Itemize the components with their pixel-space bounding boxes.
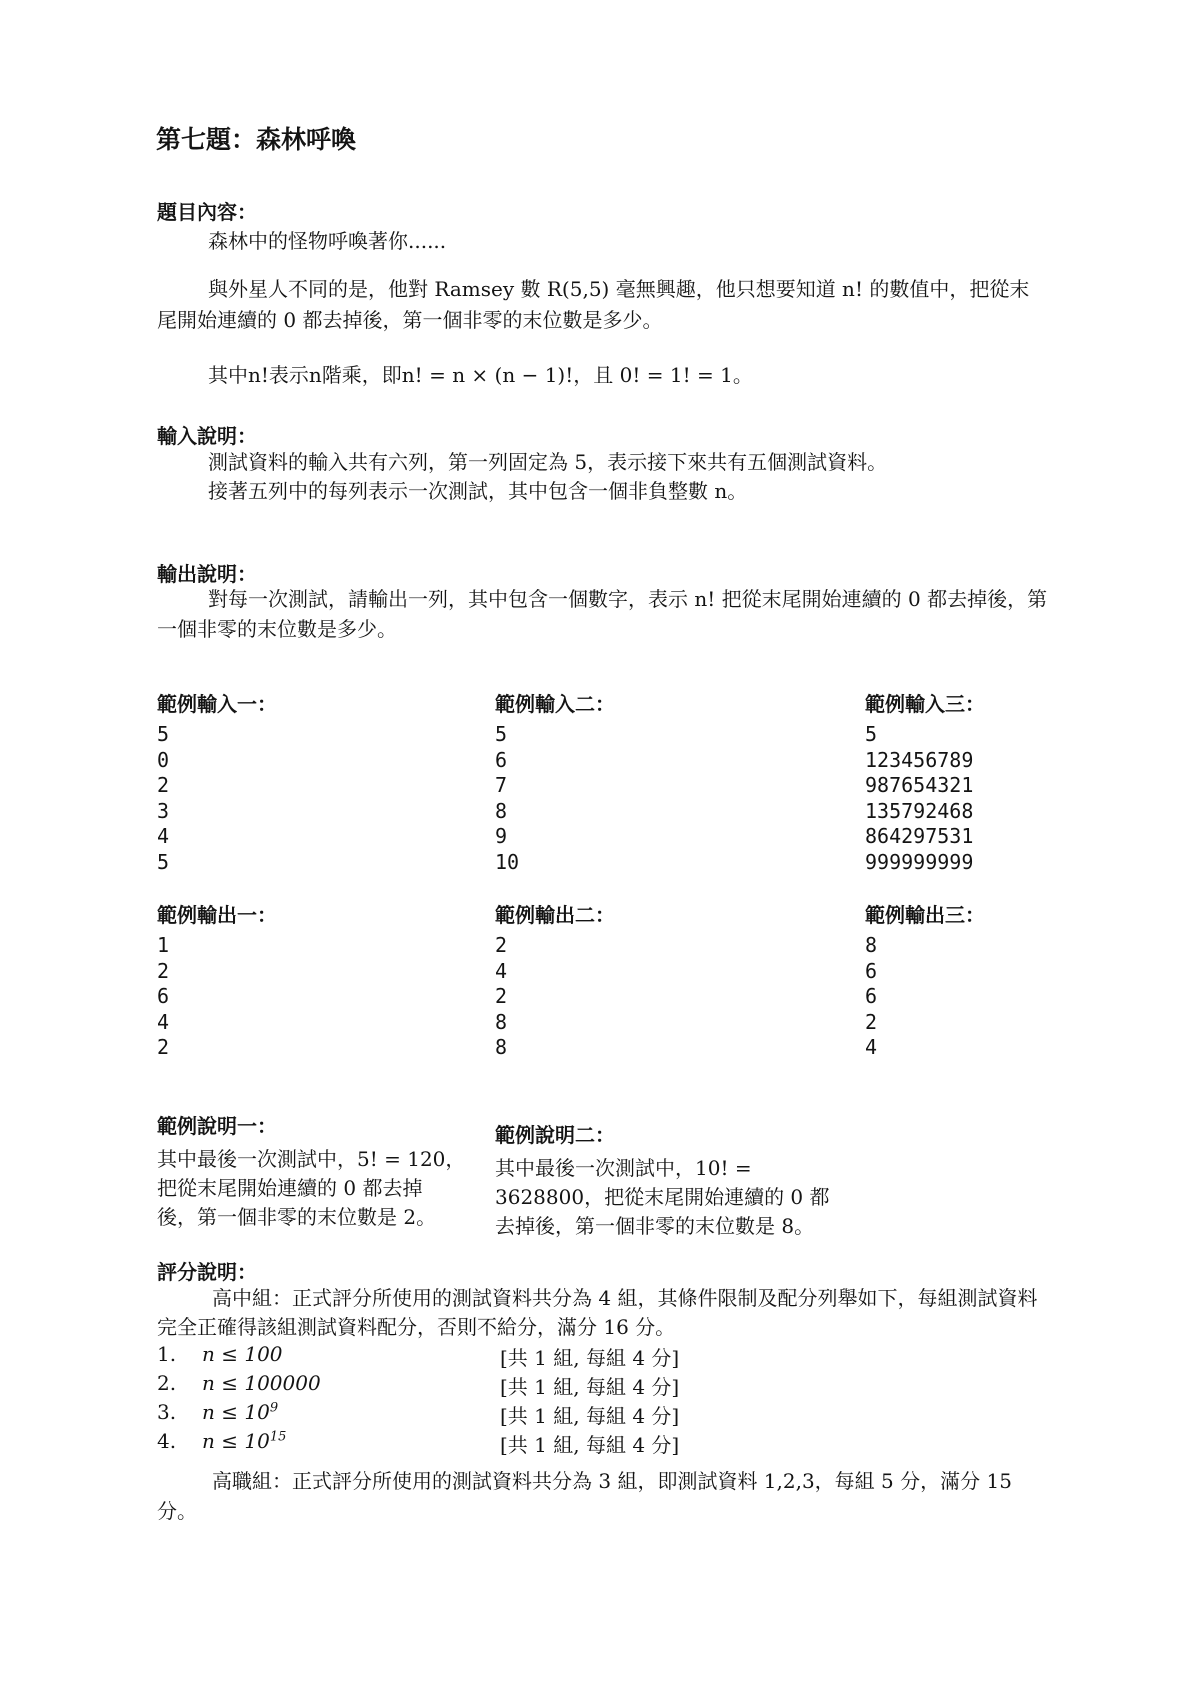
scoring-item-4-constraint: n ≤ 1015 [202, 1429, 286, 1453]
scoring-item-3: 3. n ≤ 109 [共 1 組, 每組 4 分] [157, 1400, 1057, 1429]
sample-explanation-2-text: 其中最後一次測試中，10! = 3628800，把從末尾開始連續的 0 都 去掉… [495, 1154, 940, 1241]
scoring-item-1-points: [共 1 組, 每組 4 分] [500, 1342, 679, 1371]
scoring-item-4: 4. n ≤ 1015 [共 1 組, 每組 4 分] [157, 1429, 1057, 1458]
sample-output-1-label: 範例輸出一： [157, 899, 277, 928]
sample-explanation-2: 範例說明二： 其中最後一次測試中，10! = 3628800，把從末尾開始連續的… [495, 1119, 940, 1241]
sample-explanation-2-label: 範例說明二： [495, 1119, 940, 1148]
sample-output-1: 範例輸出一： 1 2 6 4 2 [157, 899, 277, 1061]
problem-section-heading: 題目內容： [157, 196, 257, 225]
scoring-item-1: 1. n ≤ 100 [共 1 組, 每組 4 分] [157, 1342, 1057, 1371]
input-spec-heading: 輸入說明： [157, 420, 257, 449]
scoring-item-2: 2. n ≤ 100000 [共 1 組, 每組 4 分] [157, 1371, 1057, 1400]
sample-input-3-label: 範例輸入三： [865, 688, 985, 717]
scoring-outro-text: 高職組：正式評分所使用的測試資料共分為 3 組，即測試資料 1,2,3，每組 5… [157, 1466, 1057, 1526]
scoring-section-heading: 評分說明： [157, 1256, 257, 1285]
sample-input-3: 範例輸入三： 5 123456789 987654321 135792468 8… [865, 688, 985, 875]
sample-output-3: 範例輸出三： 8 6 6 2 4 [865, 899, 985, 1061]
sample-output-1-data: 1 2 6 4 2 [157, 933, 277, 1061]
scoring-item-1-constraint: n ≤ 100 [202, 1342, 283, 1366]
sample-input-1: 範例輸入一： 5 0 2 3 4 5 [157, 688, 277, 875]
sample-explanation-1: 範例說明一： 其中最後一次測試中，5! = 120， 把從末尾開始連續的 0 都… [157, 1110, 487, 1232]
scoring-item-2-constraint: n ≤ 100000 [202, 1371, 321, 1395]
sample-input-3-data: 5 123456789 987654321 135792468 86429753… [865, 722, 985, 875]
scoring-intro-text: 高中組：正式評分所使用的測試資料共分為 4 組，其條件限制及配分列舉如下，每組測… [157, 1284, 1057, 1342]
scoring-item-4-points: [共 1 組, 每組 4 分] [500, 1429, 679, 1458]
sample-output-2: 範例輸出二： 2 4 2 8 8 [495, 899, 615, 1061]
scoring-item-3-points: [共 1 組, 每組 4 分] [500, 1400, 679, 1429]
scoring-constraints-list: 1. n ≤ 100 [共 1 組, 每組 4 分] 2. n ≤ 100000… [157, 1342, 1057, 1458]
sample-input-1-label: 範例輸入一： [157, 688, 277, 717]
sample-explanation-1-label: 範例說明一： [157, 1110, 487, 1139]
scoring-item-2-number: 2. [157, 1371, 176, 1395]
sample-input-2-data: 5 6 7 8 9 10 [495, 722, 615, 875]
scoring-item-3-constraint: n ≤ 109 [202, 1400, 278, 1424]
problem-paragraph-main: 與外星人不同的是，他對 Ramsey 數 R(5,5) 毫無興趣，他只想要知道 … [157, 274, 1049, 336]
output-spec-heading: 輸出說明： [157, 558, 257, 587]
scoring-item-3-number: 3. [157, 1400, 176, 1424]
sample-output-2-data: 2 4 2 8 8 [495, 933, 615, 1061]
page-title: 第七題：森林呼喚 [156, 120, 356, 156]
sample-input-1-data: 5 0 2 3 4 5 [157, 722, 277, 875]
sample-input-2: 範例輸入二： 5 6 7 8 9 10 [495, 688, 615, 875]
input-spec-text: 測試資料的輸入共有六列，第一列固定為 5，表示接下來共有五個測試資料。 接著五列… [208, 448, 1058, 506]
sample-output-2-label: 範例輸出二： [495, 899, 615, 928]
sample-input-2-label: 範例輸入二： [495, 688, 615, 717]
sample-explanation-1-text: 其中最後一次測試中，5! = 120， 把從末尾開始連續的 0 都去掉 後，第一… [157, 1145, 487, 1232]
problem-paragraph-intro: 森林中的怪物呼喚著你...... [208, 226, 446, 256]
sample-output-3-data: 8 6 6 2 4 [865, 933, 985, 1061]
sample-output-3-label: 範例輸出三： [865, 899, 985, 928]
scoring-item-2-points: [共 1 組, 每組 4 分] [500, 1371, 679, 1400]
scoring-item-4-number: 4. [157, 1429, 176, 1453]
problem-paragraph-formula: 其中n!表示n階乘，即n! = n × (n − 1)!，且 0! = 1! =… [208, 360, 753, 390]
scoring-item-1-number: 1. [157, 1342, 176, 1366]
problem-document-page: 第七題：森林呼喚 題目內容： 森林中的怪物呼喚著你...... 與外星人不同的是… [0, 0, 1190, 1684]
output-spec-text: 對每一次測試，請輸出一列，其中包含一個數字，表示 n! 把從末尾開始連續的 0 … [157, 584, 1049, 644]
